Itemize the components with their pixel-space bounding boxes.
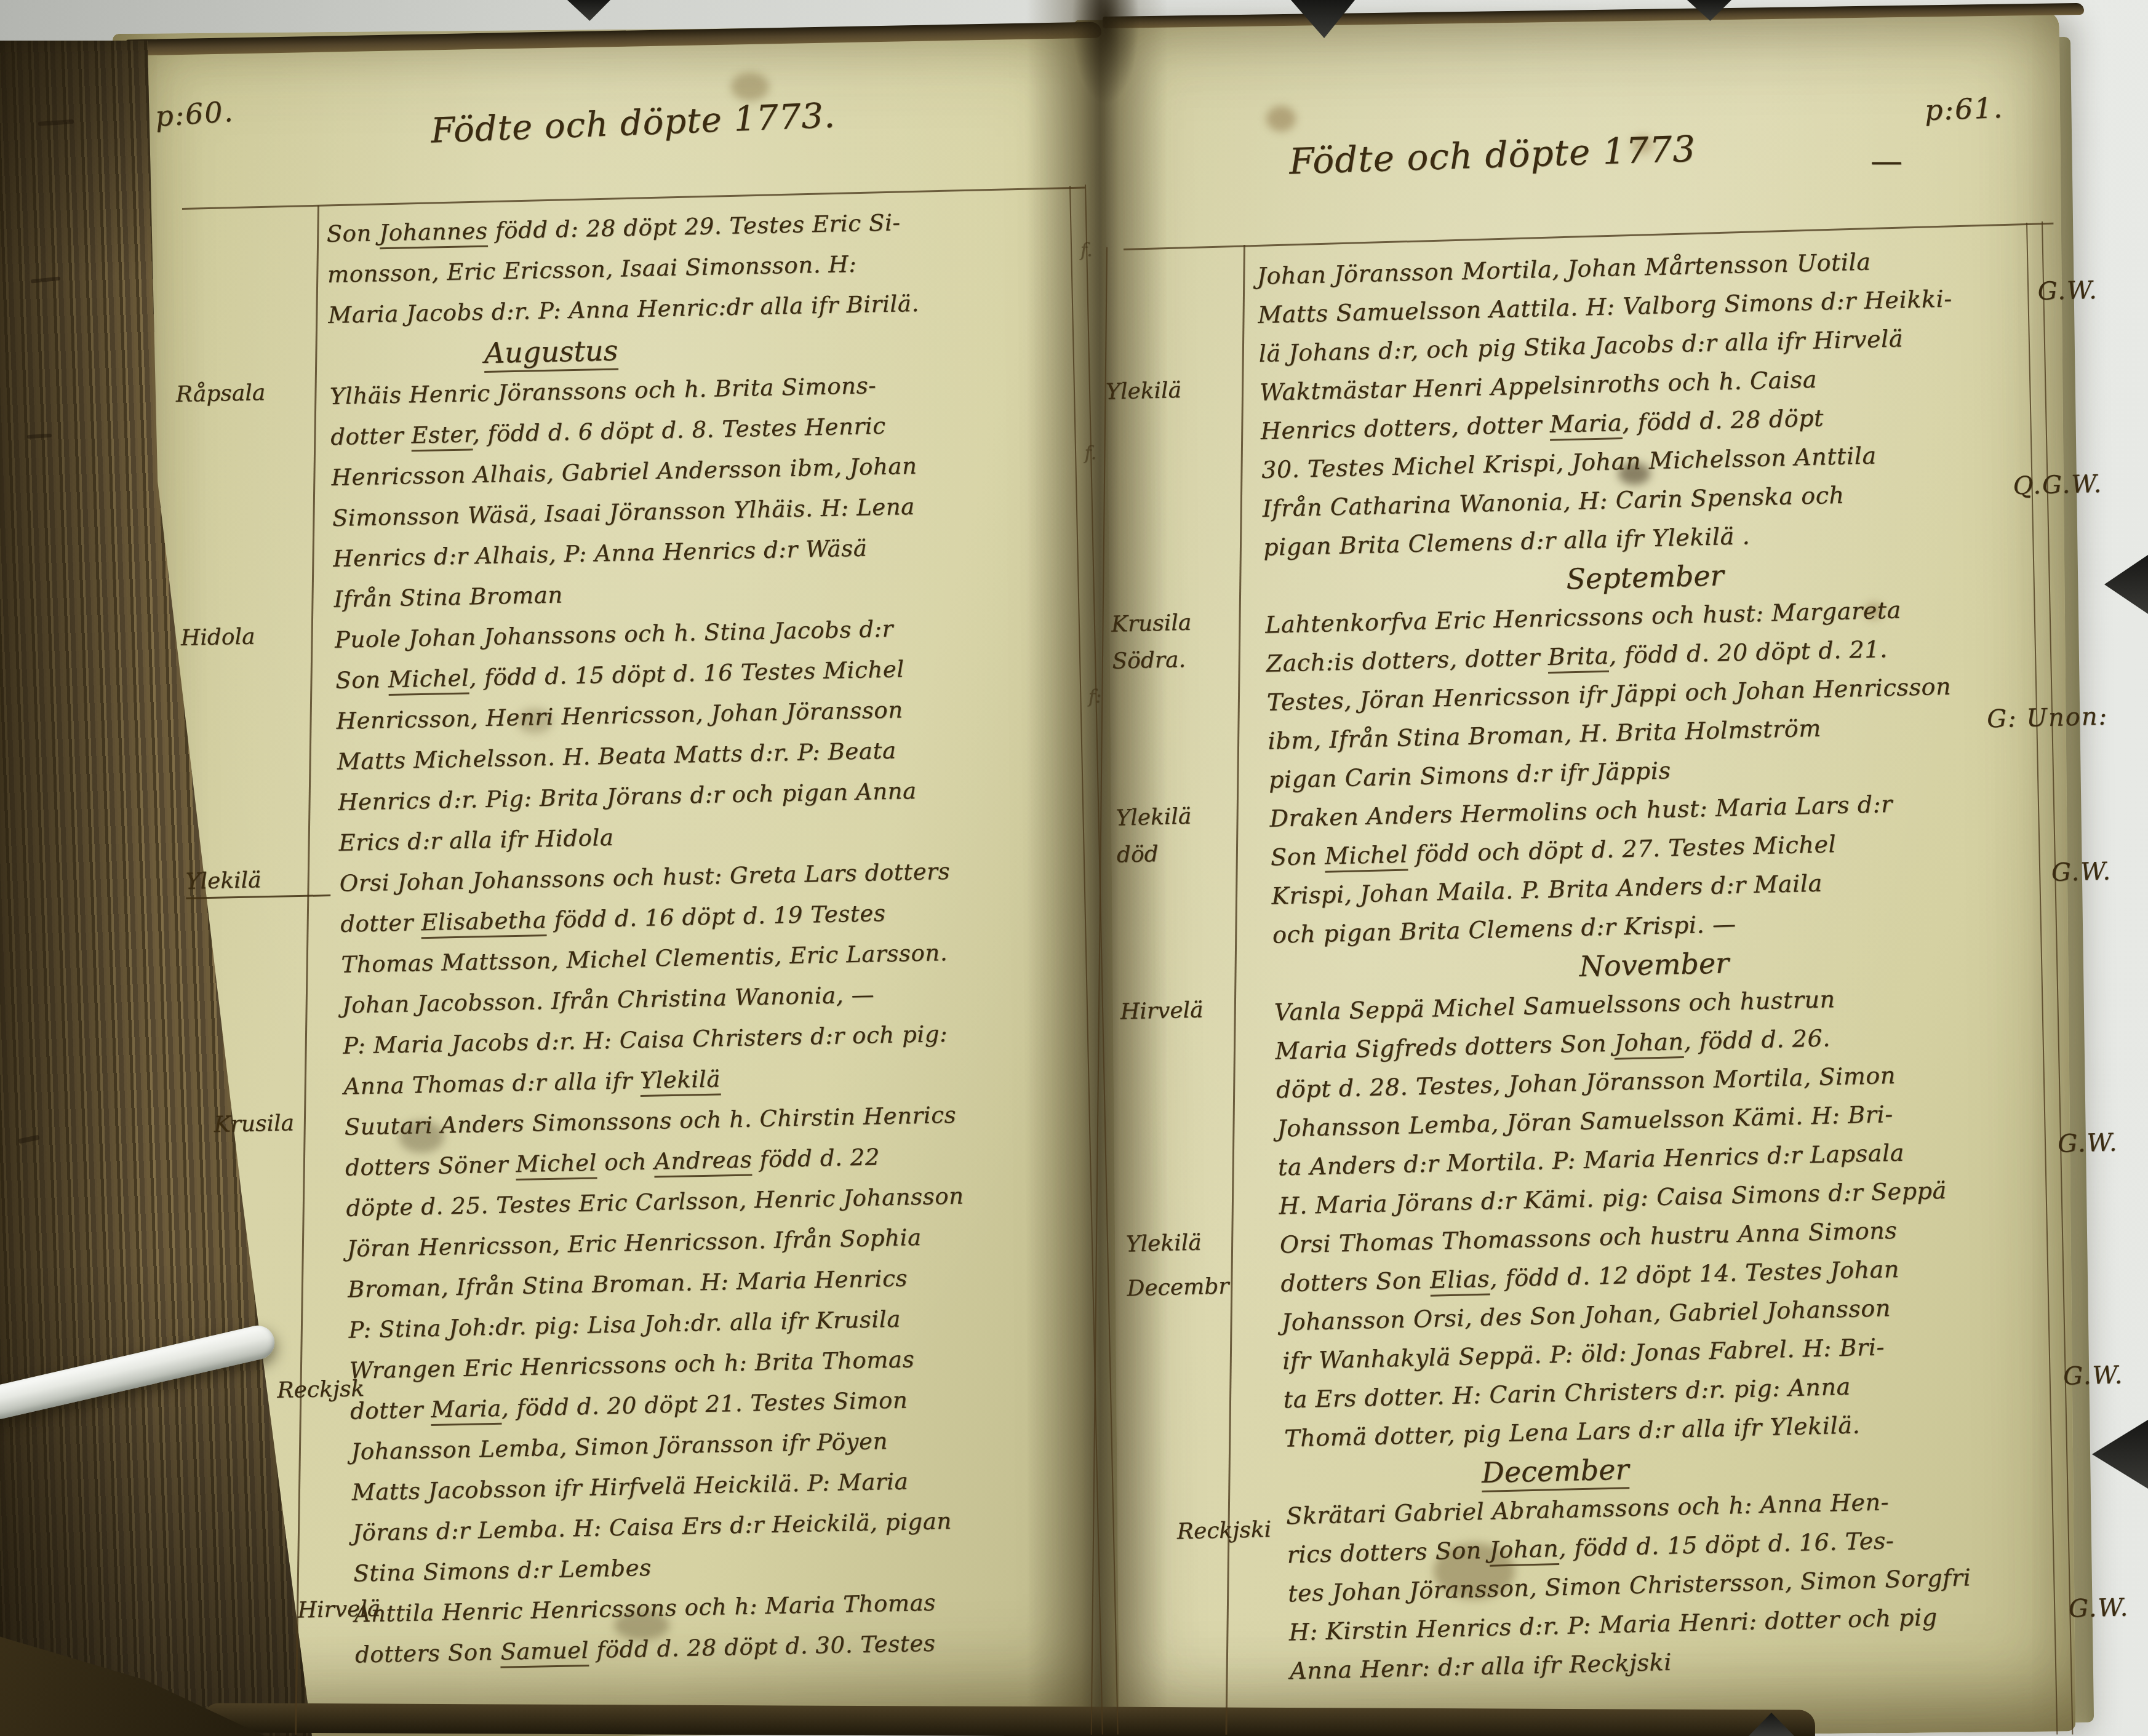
witness-initials: G.W. [2069, 1593, 2130, 1623]
entry: Lahtenkorfva Eric Henricssons och hust: … [1264, 588, 2030, 800]
right-page-records-column: Johan Jöransson Mortila, Johan Mårtensso… [1256, 239, 2052, 1691]
margin-place-label: Hidola [180, 621, 325, 653]
page-number-right: p:61. [1924, 91, 2004, 127]
witness-initials: f: [1088, 686, 1101, 707]
entry: Anttila Henric Henricssons och h: Maria … [354, 1580, 1088, 1676]
witness-initials: G.W. [2051, 858, 2112, 887]
margin-place-label: Ylekilä [1106, 375, 1251, 407]
entry: Son Johannes född d: 28 döpt 29. Testes … [326, 199, 1062, 336]
entry: Vanla Seppä Michel Samuelssons och hustr… [1274, 976, 2041, 1226]
margin-place-label: KrusilaSödra. [1111, 607, 1256, 676]
mounting-clip-icon [567, 0, 610, 21]
book-photo: p:60. Födte och döpte 1773. p:61. Födte … [0, 0, 2148, 1736]
witness-initials: G.W. [2037, 276, 2098, 306]
entry: Puole Johan Johanssons och h. Stina Jaco… [334, 605, 1072, 864]
margin-place-label: Reckjski [1176, 1515, 1322, 1547]
entry: Orsi Johan Johanssons och hust: Greta La… [339, 849, 1077, 1107]
witness-initials: f. [1080, 239, 1092, 261]
title-dash: — [1871, 143, 1902, 180]
entry: Ylhäis Henric Jöranssons och h. Brita Si… [329, 362, 1068, 620]
left-page-records-column: Son Johannes född d: 28 döpt 29. Testes … [326, 199, 1088, 1675]
month-header-text: December [1481, 1452, 1629, 1492]
month-header-text: Augustus [484, 334, 618, 373]
entry: Waktmästar Henri Appelsinroths och h. Ca… [1259, 356, 2025, 567]
page-number-left: p:60. [154, 95, 235, 133]
witness-initials: G.W. [2058, 1128, 2118, 1158]
entry: Draken Anders Hermolins och hust: Maria … [1269, 782, 2035, 955]
month-header-text: November [1579, 946, 1730, 983]
witness-initials: G.W. [2063, 1361, 2124, 1390]
witness-initials: G: Unon: [1987, 703, 2109, 734]
margin-place-label: Reckjsk [277, 1374, 422, 1405]
margin-place-label: Hirvelä [297, 1594, 442, 1625]
margin-place-label: Hirvelä [1120, 995, 1265, 1027]
witness-initials: Q.G.W. [2013, 470, 2103, 500]
month-header-text: September [1566, 559, 1724, 595]
margin-place-label: Råpsala [175, 378, 321, 409]
stain [731, 73, 769, 101]
entry: Skrätari Gabriel Abrahamssons och h: Ann… [1285, 1479, 2051, 1690]
stain [1266, 106, 1296, 132]
mounting-clip-icon [2092, 1420, 2148, 1489]
entry: Suutari Anders Simonssons och h. Chirsti… [344, 1093, 1082, 1351]
margin-place-label: Ylekilä [185, 865, 330, 899]
margin-place-label: YlekiläDecembr [1125, 1227, 1272, 1304]
entry: Johan Jöransson Mortila, Johan Mårtensso… [1256, 239, 2021, 373]
entry: Orsi Thomas Thomassons och hustru Anna S… [1279, 1208, 2046, 1458]
margin-place-label: Ylekilädöd [1116, 801, 1261, 870]
mounting-clip-icon [2104, 555, 2148, 614]
entry: Wrangen Eric Henricssons och h: Brita Th… [349, 1336, 1087, 1595]
margin-place-label: Krusila [214, 1108, 359, 1139]
witness-initials: f. [1084, 442, 1096, 464]
